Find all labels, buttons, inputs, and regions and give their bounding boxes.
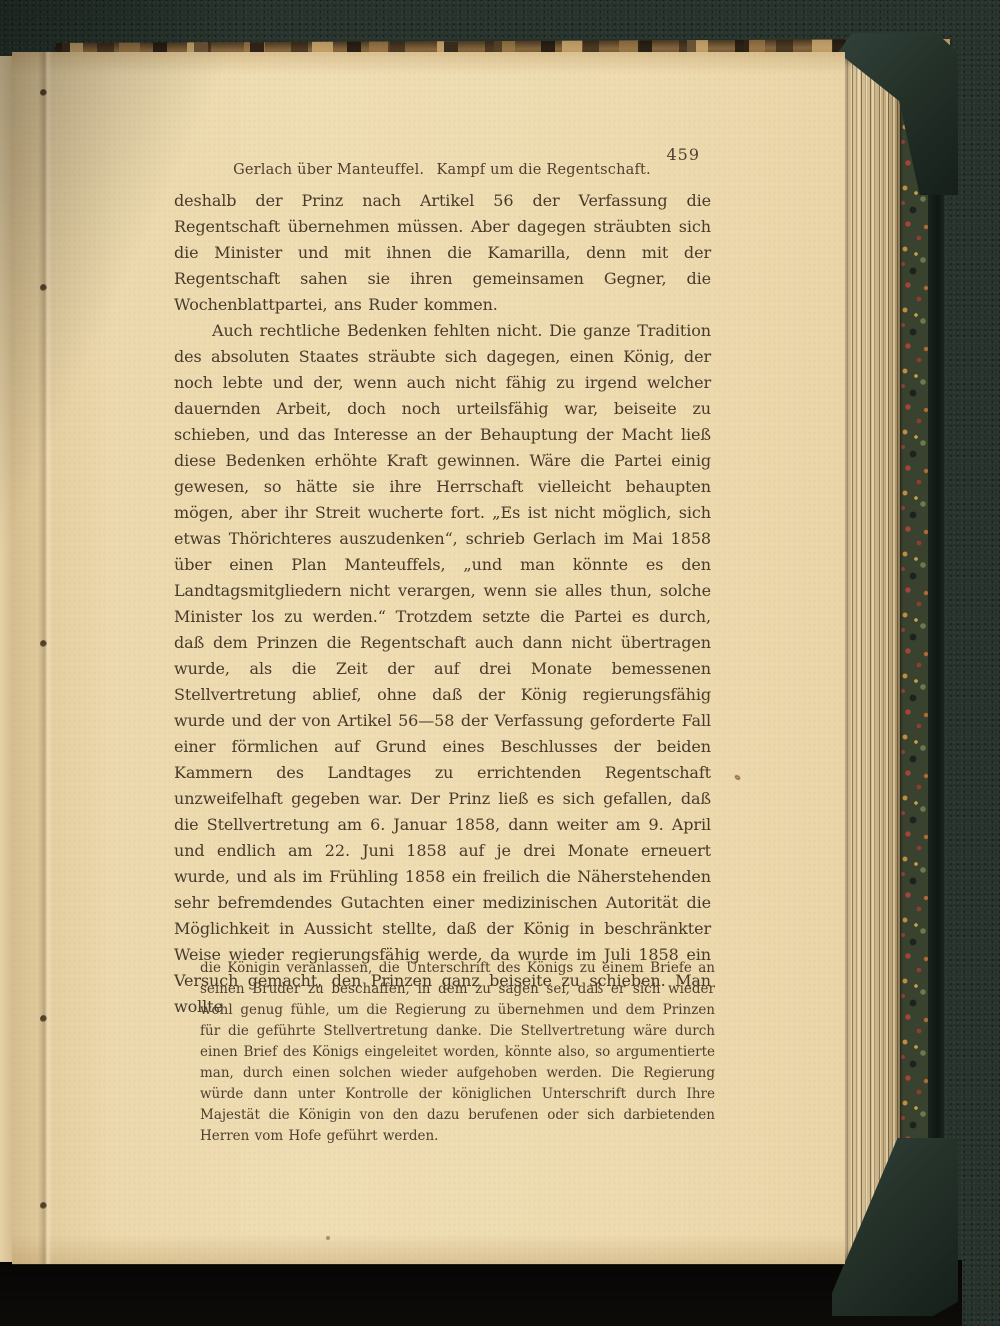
cover-board-rim (928, 52, 944, 1302)
book-photo: Gerlach über Manteuffel. Kampf um die Re… (0, 0, 1000, 1326)
running-header: Gerlach über Manteuffel. Kampf um die Re… (174, 146, 710, 170)
paper-stain (733, 773, 742, 781)
sewing-hole (40, 640, 47, 648)
cover-bottom-shadow (0, 1260, 962, 1326)
main-text-block: deshalb der Prinz nach Artikel 56 der Ve… (174, 188, 711, 1020)
running-header-title: Gerlach über Manteuffel. Kampf um die Re… (174, 162, 710, 178)
sewing-hole (40, 89, 47, 97)
book-page: Gerlach über Manteuffel. Kampf um die Re… (12, 52, 845, 1264)
paragraph-main: Auch rechtliche Bedenken fehlten nicht. … (174, 318, 711, 1020)
sewing-hole (40, 1015, 47, 1023)
petit-quote-block: die Königin veranlassen, die Unterschrif… (200, 958, 715, 1147)
gutter-fold-crease (38, 52, 52, 1264)
paragraph-continuation: deshalb der Prinz nach Artikel 56 der Ve… (174, 188, 711, 318)
fore-edge-page-stack (843, 56, 903, 1264)
page-number: 459 (666, 145, 700, 164)
paper-stain (326, 1236, 330, 1240)
sewing-hole (40, 1202, 47, 1210)
sewing-hole (40, 284, 47, 292)
